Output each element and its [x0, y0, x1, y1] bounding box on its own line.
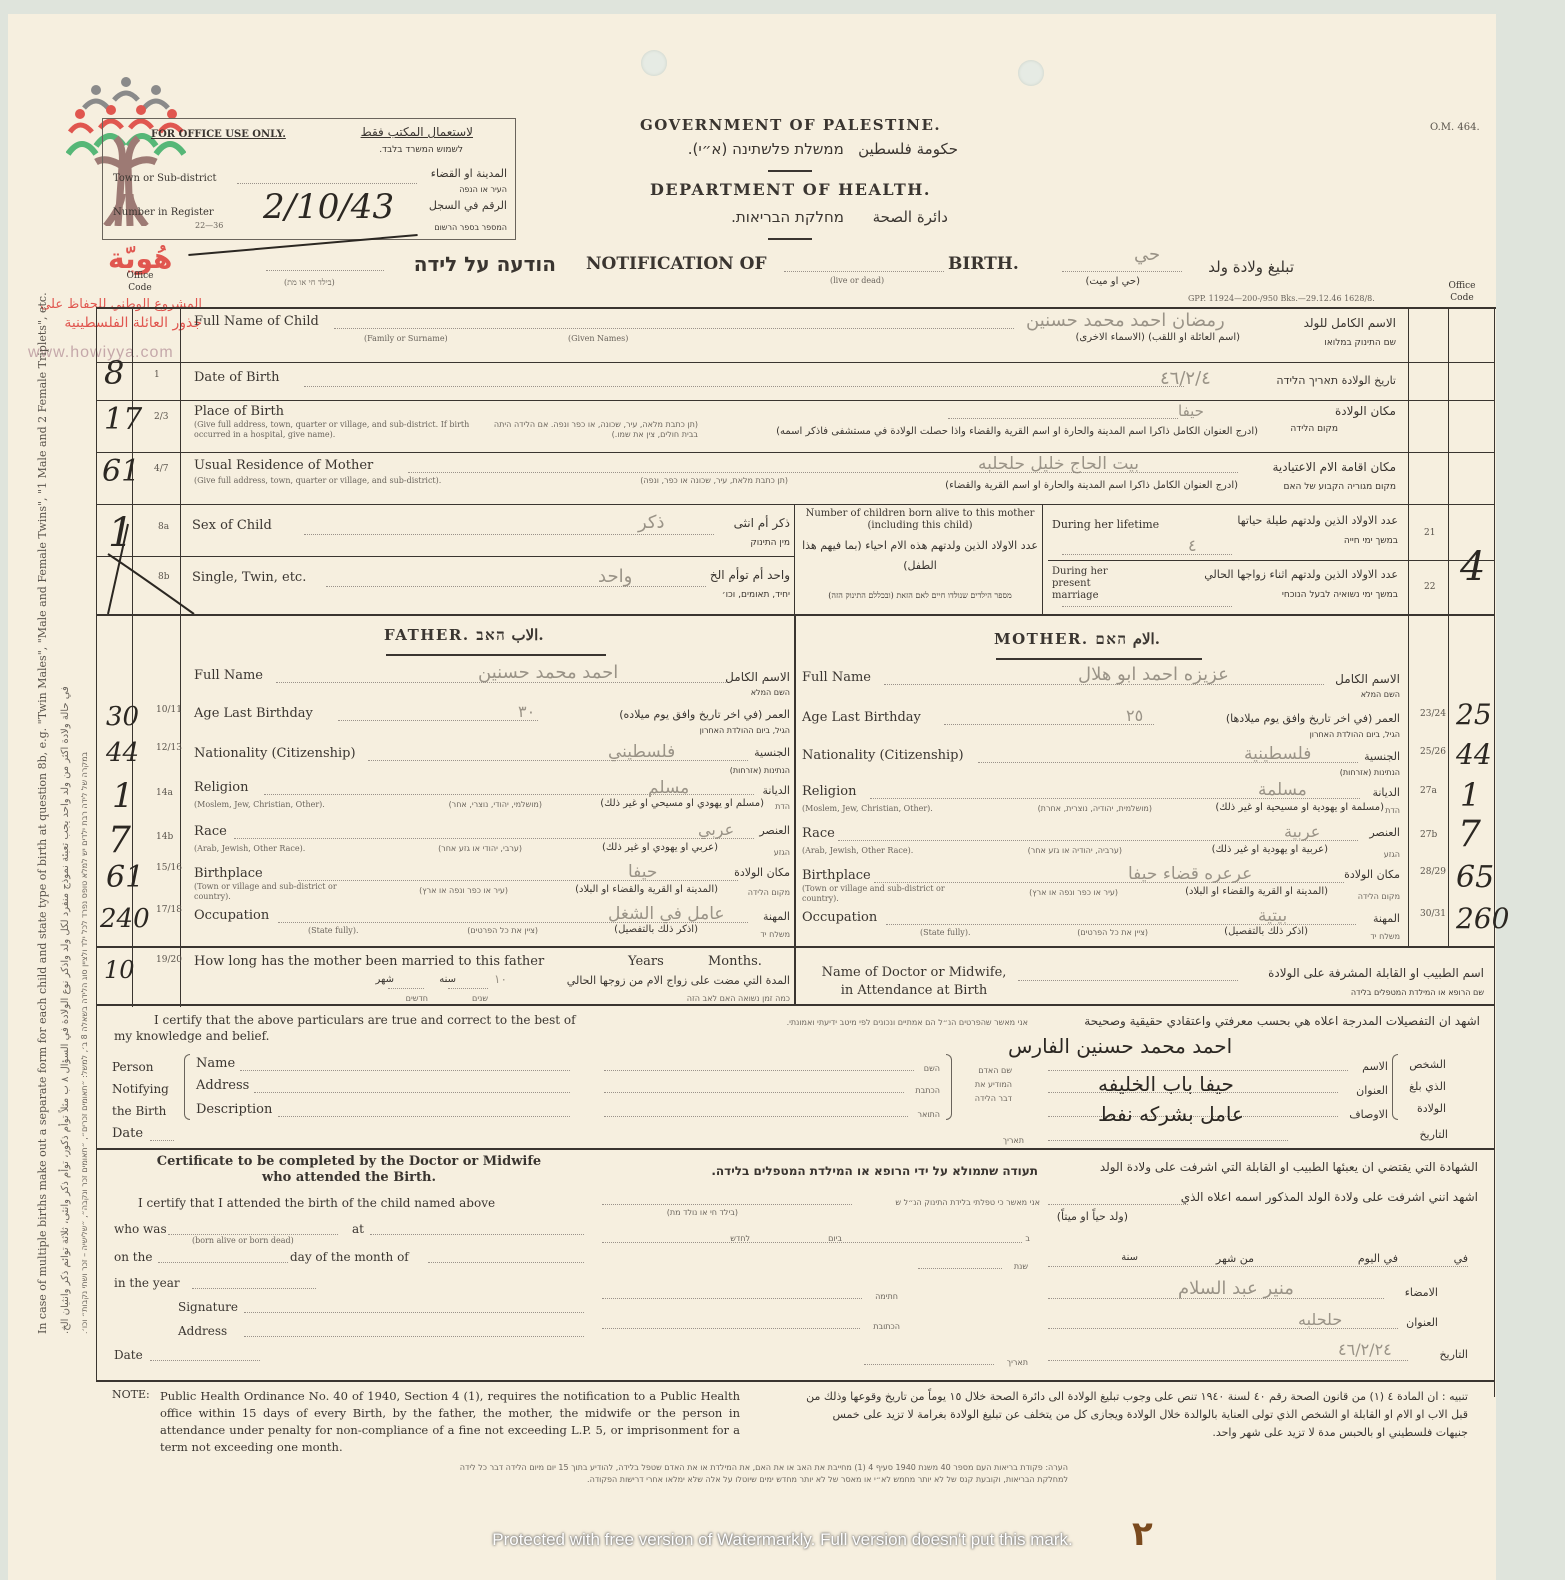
title-ar: تبليغ ولادة ولد: [1184, 258, 1294, 276]
row-line: [1048, 560, 1494, 561]
code-marriage: 10: [104, 956, 135, 984]
town-field[interactable]: [237, 183, 417, 184]
register-label: Number in Register: [113, 207, 214, 218]
mother-religion-value[interactable]: مسلمة: [1258, 780, 1307, 800]
punch-hole: [641, 50, 667, 76]
doctor-label-ar: اسم الطبيب او القابلة المشرفة على الولاد…: [1238, 966, 1484, 980]
marriage-value[interactable]: ١٠: [494, 972, 507, 986]
code-mother-religion: 1: [1460, 776, 1480, 814]
cert-date-field-ar[interactable]: [1048, 1360, 1408, 1361]
pob-label-he: מקום הלידה: [1278, 424, 1338, 434]
certificate-title-2: who attended the Birth.: [114, 1170, 584, 1186]
code-row3: 61: [102, 454, 140, 489]
residence-sub-he: (תן כתבת מלאת, עיר, שכונה או כפר, ונפה): [548, 476, 788, 485]
father-name-label: Full Name: [194, 668, 263, 683]
father-birthplace-label-ar: مكان الولادة: [718, 866, 790, 879]
margin-note-ar: في حالة ولادة اكثر من ولد واحد يجب تعبئة…: [60, 686, 71, 1334]
mother-race-label-ar: العنصر: [1358, 826, 1400, 839]
notifier-description-value[interactable]: عامل بشركه نفط: [1098, 1102, 1244, 1126]
certificate-title-1: Certificate to be completed by the Docto…: [114, 1154, 584, 1170]
marriage-years-field[interactable]: [448, 988, 488, 989]
at-label: at: [352, 1222, 364, 1236]
children-count-label-he: מספר הילדים שנולדו חיים לאם הזאת (ובכללם…: [800, 590, 1040, 601]
code-father-age: 30: [106, 702, 139, 732]
grid-left-border: [96, 307, 97, 1382]
qnum-mother-age: 23/24: [1420, 708, 1438, 720]
note-label: NOTE:: [112, 1388, 150, 1401]
child-name-label: Full Name of Child: [194, 314, 319, 329]
notifier-group-label-ar: الشخص الذي بلغ الولادة: [1400, 1054, 1446, 1120]
cert-signature-value[interactable]: منير عبد السلام: [1178, 1278, 1294, 1299]
lifetime-label-he: במשך ימי חייה: [1308, 536, 1398, 546]
father-age-field[interactable]: [338, 720, 538, 721]
code-mother-birthplace: 65: [1456, 860, 1494, 895]
sex-label-ar: ذكر أم انثى: [718, 516, 790, 530]
code-father-religion: 1: [112, 776, 134, 816]
certificate-line1: I certify that I attended the birth of t…: [114, 1196, 584, 1210]
mother-title-en: MOTHER.: [994, 630, 1089, 648]
family-hint: (Family or Surname): [364, 334, 448, 343]
dob-label: Date of Birth: [194, 370, 280, 385]
certificate-title-ar: الشهادة التي يقتضي ان يعبئها الطبيب او ا…: [1048, 1160, 1478, 1174]
father-birthplace-sub: (Town or village and sub-district or cou…: [194, 882, 354, 902]
logo-url[interactable]: www.howiyya.com: [28, 344, 174, 362]
mother-name-value[interactable]: عزيزه احمد ابو هلال: [1078, 664, 1229, 685]
code-mother-race: 7: [1458, 814, 1481, 855]
notifier-address-field-en[interactable]: [254, 1092, 570, 1093]
sex-label-he: מין התינוק: [718, 538, 790, 548]
child-name-field[interactable]: [334, 328, 1014, 329]
who-was-hint-he: (בילד חי או נולד מת): [638, 1208, 738, 1217]
lifetime-value[interactable]: ٤: [1188, 536, 1197, 555]
father-religion-sub: (Moslem, Jew, Christian, Other).: [194, 800, 325, 809]
office-use-title-ar: لاستعمال المكتب فقط: [361, 125, 473, 139]
qnum-father-age: 10/11: [156, 704, 170, 716]
notifier-date-label: Date: [112, 1126, 143, 1141]
mother-birthplace-sub-ar: (المدينة او القرية والقضاء او البلاد): [1118, 886, 1328, 897]
mother-occupation-label-ar: المهنة: [1358, 912, 1400, 925]
father-occupation-sub-ar: (اذكر ذلك بالتفصيل): [548, 924, 698, 935]
title-ar-blank[interactable]: [1062, 271, 1182, 272]
given-hint: (Given Names): [568, 334, 628, 343]
cert-ar-date-field[interactable]: [1048, 1266, 1468, 1267]
pob-value[interactable]: حيفا: [1178, 402, 1204, 420]
pob-label-ar: مكان الولادة: [1278, 404, 1396, 418]
cert-he-year: שנת: [1002, 1262, 1028, 1271]
signature-label-he: חתימה: [864, 1292, 898, 1301]
cert-he-year-field[interactable]: [918, 1268, 1002, 1269]
cert-address-field-en[interactable]: [244, 1336, 584, 1337]
grid-col-line: [180, 307, 181, 1007]
qnum-mother-birthplace: 28/29: [1420, 866, 1438, 878]
section-line: [96, 1148, 1494, 1150]
child-name-label-he: שם התינוק במלואו: [1258, 338, 1396, 348]
father-age-label: Age Last Birthday: [194, 706, 313, 721]
lifetime-num: 21: [1424, 528, 1435, 538]
cert-ar-in: في: [1448, 1252, 1468, 1265]
marriage-years-he: שנים: [448, 994, 488, 1003]
notifier-name-field-ar[interactable]: [1048, 1070, 1348, 1071]
father-nationality-value[interactable]: فلسطيني: [608, 742, 675, 762]
mother-race-sub-he: (ערביה, יהודיה או גזע אחר): [992, 846, 1122, 855]
signature-field-he[interactable]: [602, 1298, 862, 1299]
row-line: [96, 400, 1494, 401]
mother-birthplace-sub: (Town or village and sub-district or cou…: [802, 884, 962, 904]
notifier-address-field-he[interactable]: [604, 1092, 904, 1093]
lifetime-label-ar: عدد الاولاد الذين ولدتهم طيلة حياتها: [1158, 514, 1398, 527]
father-religion-label: Religion: [194, 780, 248, 795]
notifier-group-label-he: שם האדם המודיע את דבר הלידה: [960, 1064, 1012, 1106]
mother-birthplace-value[interactable]: عرعره قضاء حيفا: [1128, 864, 1252, 884]
notifier-description-label: Description: [196, 1102, 272, 1117]
mother-age-field[interactable]: [944, 724, 1154, 725]
cert-date-label: Date: [114, 1348, 143, 1362]
watermarkly-notice: Protected with free version of Watermark…: [0, 1530, 1565, 1550]
cert-ar-month: من شهر: [1204, 1252, 1254, 1265]
child-name-value[interactable]: رمضان احمد محمد حسنين: [1026, 310, 1225, 331]
print-ref: GPP. 11924—200-/950 Bks.—29.12.46 1628/8…: [1188, 294, 1375, 303]
notifier-description-label-he: התואר: [908, 1110, 940, 1119]
qnum-mother-religion: 27a: [1420, 786, 1437, 796]
mother-birthplace-field[interactable]: [874, 882, 1344, 883]
grid-col-line: [1042, 504, 1043, 614]
marriage-label-he: במשך ימי נשואיה לבעל הנוכחי: [1248, 590, 1398, 600]
mother-birthplace-sub-he: (עיר או כפר ונפה או ארץ): [968, 888, 1118, 897]
father-race-sub-he: (ערבי, יהודי או גזע אחר): [392, 844, 522, 853]
row-line: [96, 362, 1494, 363]
year-field[interactable]: [192, 1288, 316, 1289]
father-age-value[interactable]: ٣٠: [518, 702, 535, 721]
mother-religion-sub-he: (מושלמית, יהודיה, נוצרית, אחרת): [992, 804, 1152, 813]
mother-occupation-label-he: משלח יד: [1338, 932, 1400, 941]
child-name-hints-ar: (اسم العائلة او اللقب) (الاسماء الاخرى): [820, 332, 1240, 343]
mother-nationality-label: Nationality (Citizenship): [802, 748, 964, 763]
pob-sub-ar: (ادرج العنوان الكامل ذاكراً اسم المدينة …: [698, 426, 1258, 437]
certify-text: I certify that the above particulars are…: [114, 1012, 584, 1044]
qnum-marriage: 19/20: [156, 954, 170, 966]
who-was-label: who was: [114, 1222, 167, 1236]
father-age-label-he: הגיל, ביום ההולדת האחרון: [608, 726, 790, 735]
cert-address-label: Address: [178, 1324, 227, 1338]
father-race-sub: (Arab, Jewish, Other Race).: [194, 844, 305, 853]
code-mother-age: 25: [1456, 698, 1492, 731]
father-name-value[interactable]: احمد محمد حسنين: [478, 662, 618, 683]
grid-col-line: [1448, 307, 1449, 947]
notifier-name-label-he: השם: [914, 1064, 940, 1073]
father-birthplace-value[interactable]: حيفا: [628, 862, 657, 882]
mother-race-label-he: הגזע: [1368, 850, 1400, 859]
notifier-group-label: Person Notifying the Birth: [112, 1056, 180, 1122]
cert-date-value[interactable]: ٤٦/٢/٢٤: [1338, 1340, 1392, 1359]
title-en-sub: (live or dead): [830, 276, 884, 285]
mother-age-label: Age Last Birthday: [802, 710, 921, 725]
mother-age-value[interactable]: ٢٥: [1126, 706, 1143, 725]
cert-ar-year: سنة: [1108, 1252, 1138, 1263]
father-nationality-label-he: הנתינות (אזרחות): [668, 766, 790, 775]
signature-label: Signature: [178, 1300, 238, 1314]
who-was-field[interactable]: [168, 1234, 338, 1235]
father-occupation-label: Occupation: [194, 908, 269, 923]
department-title-ar-he: دائرة الصحة מחלקת הבריאות.: [638, 208, 948, 226]
day-of-month-label: day of the month of: [290, 1250, 409, 1264]
notifier-date-field-en[interactable]: [150, 1140, 174, 1141]
certify-text-he: אני מאשר שהפרטים הנ״ל הם אמתיים ונכונים …: [608, 1018, 1028, 1027]
section-line: [96, 946, 1494, 948]
qnum-row2: 2/3: [154, 412, 168, 422]
notifier-name-field-he[interactable]: [604, 1070, 914, 1071]
cert-ar-line1-field[interactable]: [1048, 1204, 1188, 1205]
title-ar-value: حي: [1134, 244, 1160, 265]
divider: [386, 654, 606, 656]
mother-race-value[interactable]: عربية: [1284, 822, 1320, 841]
mother-nationality-label-ar: الجنسية: [1358, 750, 1400, 763]
notifier-address-label-he: הכתבת: [904, 1086, 940, 1095]
title-he-blank[interactable]: [266, 270, 384, 271]
divider: [768, 238, 812, 240]
qnum-father-race: 14b: [156, 832, 173, 842]
mother-birthplace-label-ar: مكان الولادة: [1328, 868, 1400, 881]
notifier-description-field-he[interactable]: [604, 1116, 908, 1117]
divider: [768, 170, 812, 172]
single-twin-label-ar: واحد أم توأم الخ: [688, 568, 790, 582]
code-row2: 17: [104, 402, 142, 437]
residence-label-he: מקום מגוריה הקבוע של האם: [1238, 482, 1396, 492]
marriage-label: How long has the mother been married to …: [194, 954, 544, 969]
grid-right-border: [1494, 307, 1495, 1397]
notifier-address-label-ar: العنوان: [1338, 1084, 1388, 1097]
doctor-label-2: in Attendance at Birth: [814, 982, 1014, 1000]
cert-he-line1-field[interactable]: [602, 1204, 852, 1205]
mother-race-field[interactable]: [838, 840, 1358, 841]
doctor-field[interactable]: [1018, 980, 1238, 981]
who-was-hint: (born alive or born dead): [192, 1236, 294, 1245]
qnum-mother-nationality: 25/26: [1420, 746, 1438, 758]
cert-address-value[interactable]: حلحلبه: [1298, 1310, 1342, 1329]
code-father-birthplace: 61: [106, 860, 144, 895]
mother-race-label: Race: [802, 826, 835, 841]
punch-hole: [1018, 60, 1044, 86]
department-title-ar: دائرة الصحة: [873, 208, 948, 226]
qnum-father-religion: 14a: [156, 788, 173, 798]
grid-col-line: [1408, 307, 1409, 947]
notifier-date-field-ar[interactable]: [1048, 1140, 1288, 1141]
father-race-sub-ar: (عربي او يهودي او غير ذلك): [548, 842, 718, 853]
father-occupation-sub: (State fully).: [308, 926, 359, 935]
cert-he-b: ב: [1018, 1234, 1030, 1243]
notifier-description-field-en[interactable]: [278, 1116, 570, 1117]
note-text-he: הערה: פקודת בריאות העם מספר 40 משנת 1940…: [428, 1462, 1068, 1486]
month-field[interactable]: [428, 1262, 584, 1263]
live-or-dead-field[interactable]: [784, 271, 944, 272]
cert-he-date-field[interactable]: [602, 1242, 1022, 1243]
qnum-father-birthplace: 15/16: [156, 862, 170, 874]
father-religion-sub-ar: (مسلم او يهودي او مسيحي او غير ذلك): [544, 798, 764, 809]
mother-nationality-value[interactable]: فلسطينية: [1244, 744, 1311, 764]
father-title-ar-he: الاب האב.: [476, 626, 545, 644]
father-religion-label-he: הדת: [764, 802, 790, 811]
pob-sub-he: (תן כתבת מלאה, עיר, שכונה, או כפר ונפה. …: [488, 420, 698, 440]
birth-notification-form: هُويّة المشروع الوطني للحفاظ على جذور ال…: [8, 14, 1496, 1580]
notifier-description-label-ar: الاوصاف: [1338, 1108, 1388, 1121]
cert-ar-day: في اليوم: [1338, 1252, 1398, 1265]
grid-top-border: [96, 307, 1496, 309]
mother-name-label-ar: الاسم الكامل: [1318, 672, 1400, 686]
children-count-label-ar: عدد الاولاد الذين ولدتهم هذه الام احياء …: [800, 536, 1040, 576]
cert-date-field-en[interactable]: [150, 1360, 260, 1361]
pob-label: Place of Birth: [194, 404, 284, 419]
certificate-line1-he: אני מאשר כי טפלתי בלידת התינוק הנ״ל ש: [854, 1198, 1040, 1207]
grid-col-line: [794, 504, 795, 614]
section-line: [96, 1380, 1494, 1382]
code-father-race: 7: [108, 820, 131, 861]
single-twin-value[interactable]: واحد: [598, 566, 632, 587]
residence-sub: (Give full address, town, quarter or vil…: [194, 476, 441, 485]
marriage-label-ar: المدة التي مضت على زواج الام من زوجها ال…: [508, 974, 790, 987]
doctor-label: Name of Doctor or Midwife,in Attendance …: [814, 964, 1014, 1000]
marriage-years-ar: سنه: [426, 974, 456, 985]
row-line: [96, 504, 1494, 505]
residence-label: Usual Residence of Mother: [194, 458, 373, 473]
at-field[interactable]: [370, 1234, 584, 1235]
father-nationality-label: Nationality (Citizenship): [194, 746, 356, 761]
mother-race-sub-ar: (عربية او يهودية او غير ذلك): [1148, 844, 1328, 855]
marriage-months-field[interactable]: [388, 988, 424, 989]
father-occupation-label-ar: المهنة: [748, 910, 790, 923]
mother-occupation-sub: (State fully).: [920, 928, 971, 937]
pen-cross-mark-icon: [98, 514, 198, 624]
title-en-prefix: NOTIFICATION OF: [586, 254, 767, 274]
dob-label-he: תאריך הלידה: [1276, 374, 1338, 387]
notifier-name-label-ar: الاسم: [1348, 1060, 1388, 1073]
title-he: הודעה על לידה: [386, 252, 556, 276]
notifier-name-label: Name: [196, 1056, 235, 1071]
qnum-father-occupation: 17/18: [156, 904, 170, 916]
single-twin-label: Single, Twin, etc.: [192, 570, 306, 585]
mother-nationality-label-he: הנתינות (אזרחות): [1278, 768, 1400, 777]
father-race-label: Race: [194, 824, 227, 839]
dob-value[interactable]: ٤٦/٢/٤: [1160, 368, 1211, 389]
sex-value[interactable]: ذكر: [638, 512, 665, 533]
marriage-children-field[interactable]: [1062, 606, 1232, 607]
doctor-label-he: שם הרופא או המילדת המטפלים בלידה: [1238, 988, 1484, 997]
cert-address-field-he[interactable]: [602, 1328, 860, 1329]
title-he-sub: (בילד חי או מת): [284, 278, 335, 287]
cert-he-month: לחדש: [726, 1234, 750, 1243]
cert-address-field-ar[interactable]: [1048, 1328, 1398, 1329]
register-sub: 22—36: [195, 221, 223, 230]
children-count-label: Number of children born alive to this mo…: [800, 508, 1040, 532]
cert-date-label-ar: التاريخ: [1408, 1348, 1468, 1361]
signature-field-en[interactable]: [244, 1312, 584, 1313]
certify-text-ar: اشهد ان التفصيلات المدرجة اعلاه هي بحسب …: [1048, 1014, 1480, 1028]
father-nationality-field[interactable]: [368, 760, 748, 761]
pob-sub: (Give full address, town, quarter or vil…: [194, 420, 490, 440]
marriage-label: During her present marriage: [1052, 566, 1122, 602]
father-religion-value[interactable]: مسلم: [648, 778, 689, 798]
signature-label-ar: الامضاء: [1388, 1286, 1438, 1299]
notifier-address-value[interactable]: حيفا باب الخليفه: [1098, 1072, 1234, 1096]
government-title-he: ממשלת פלשתינה (א״י).: [688, 140, 844, 158]
office-use-box: FOR OFFICE USE ONLY. لاستعمال المكتب فقط…: [102, 118, 516, 240]
day-field[interactable]: [158, 1262, 288, 1263]
marriage-label-ar: عدد الاولاد الذين ولدتهم اثناء زواجها ال…: [1148, 568, 1398, 581]
register-number-value[interactable]: 2/10/43: [263, 187, 394, 227]
dob-label-ar-he: تاريخ الولادة תאריך הלידה: [1248, 374, 1396, 387]
brace: [1392, 1054, 1398, 1120]
note-text-ar: تنبيه : ان المادة ٤ (١) من قانون الصحة ر…: [798, 1388, 1468, 1442]
father-occupation-label-he: משלח יד: [728, 930, 790, 939]
town-label: Town or Sub-district: [113, 173, 217, 184]
office-use-title-en: FOR OFFICE USE ONLY.: [151, 129, 286, 140]
marriage-years-label: Years: [628, 954, 664, 969]
mother-religion-sub-ar: (مسلمة او يهودية او مسيحية او غير ذلك): [1152, 802, 1384, 813]
father-race-label-he: הגזע: [758, 848, 790, 857]
mother-occupation-value[interactable]: بيتية: [1258, 906, 1287, 926]
single-twin-field[interactable]: [326, 586, 706, 587]
father-race-value[interactable]: عربي: [698, 820, 734, 839]
sex-field[interactable]: [304, 534, 714, 535]
single-twin-label-he: יחיד, תאומים, וכו׳: [688, 590, 790, 600]
marriage-months-he: חדשים: [388, 994, 428, 1003]
mother-religion-label-ar: الديانة: [1358, 786, 1400, 799]
father-occupation-value[interactable]: عامل في الشغل: [608, 904, 725, 924]
office-code-label-left: Office Code: [120, 270, 160, 294]
government-title-ar-he: حكومة فلسطين ממשלת פלשתינה (א״י).: [638, 140, 958, 158]
marriage-months-label: Months.: [708, 954, 762, 969]
mother-occupation-label: Occupation: [802, 910, 877, 925]
lifetime-field[interactable]: [1062, 554, 1232, 555]
code-father-nationality: 44: [106, 738, 139, 768]
pob-field[interactable]: [948, 418, 1178, 419]
father-name-label-ar: الاسم الكامل: [708, 670, 790, 684]
residence-value[interactable]: بيت الحاج خليل حلحلبه: [978, 454, 1139, 474]
cert-address-label-he: הכתובת: [860, 1322, 900, 1331]
certificate-title: Certificate to be completed by the Docto…: [114, 1154, 584, 1186]
mother-religion-label-he: הדת: [1384, 806, 1400, 815]
mother-birthplace-label-he: מקום הלידה: [1338, 892, 1400, 901]
brace: [184, 1054, 190, 1120]
cert-date-field-he[interactable]: [864, 1364, 994, 1365]
qnum-mother-race: 27b: [1420, 830, 1437, 840]
margin-note-en: In case of multiple births make out a se…: [36, 292, 49, 1334]
row-line: [96, 452, 1494, 453]
row-line: [96, 556, 794, 557]
qnum-mother-occupation: 30/31: [1420, 908, 1438, 920]
mother-occupation-sub-he: (ציין את כל הפרטים): [1038, 928, 1148, 937]
qnum-row3: 4/7: [154, 464, 168, 474]
mother-age-label-he: הגיל, ביום ההולדת האחרון: [1218, 730, 1400, 739]
notifier-date-label-he: תאריך: [988, 1136, 1024, 1145]
father-birthplace-field[interactable]: [298, 880, 738, 881]
father-birthplace-label-he: מקום הלידה: [728, 888, 790, 897]
brace: [946, 1054, 952, 1120]
notifier-date-label-ar: التاريخ: [1408, 1128, 1448, 1141]
notifier-name-field-en[interactable]: [240, 1070, 570, 1071]
year-label: in the year: [114, 1276, 180, 1290]
department-title-he: מחלקת הבריאות.: [731, 208, 844, 226]
mother-title-ar-he: الام האם.: [1095, 630, 1161, 648]
father-birthplace-sub-ar: (المدينة او القرية والقضاء او البلاد): [508, 884, 718, 895]
notifier-name-value[interactable]: احمد محمد حسنين الفارس: [1008, 1034, 1232, 1058]
father-title-en: FATHER.: [384, 626, 470, 644]
doctor-label-1: Name of Doctor or Midwife,: [814, 964, 1014, 982]
dob-field[interactable]: [304, 386, 1184, 387]
cert-date-label-he: תאריך: [994, 1358, 1028, 1367]
father-occupation-sub-he: (ציין את כל הפרטים): [428, 926, 538, 935]
father-race-field[interactable]: [234, 838, 754, 839]
town-label-ar: المدينة او القضاء: [431, 167, 507, 180]
register-label-ar: الرقم في السجل: [429, 199, 507, 212]
